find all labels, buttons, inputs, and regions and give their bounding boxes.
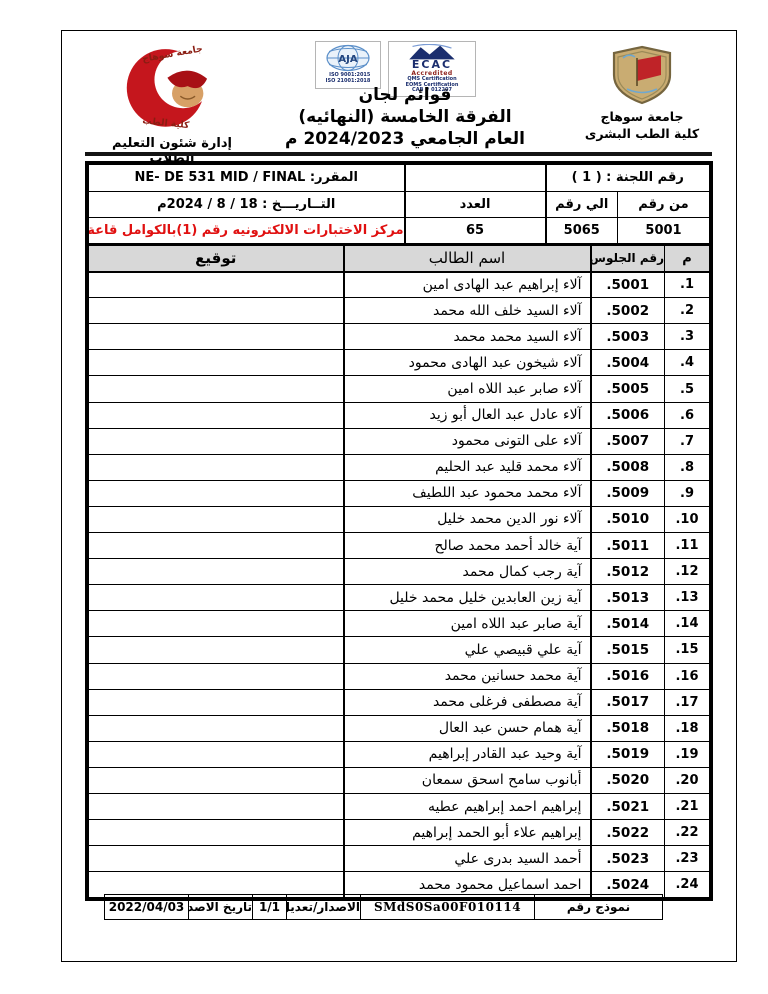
table-row: 2. 5002. آلاء السيد خلف الله محمد	[89, 298, 710, 324]
students-table: م رقم الجلوس اسم الطالب توقيع 1. 5001. آ…	[88, 245, 710, 898]
row-seat-number: 5015.	[591, 637, 665, 663]
row-student-name: آية مصطفى فرغلى محمد	[344, 689, 591, 715]
to-number-label: الي رقم	[546, 191, 618, 218]
table-row: 7. 5007. آلاء على التونى محمود	[89, 428, 710, 454]
table-row: 6. 5006. آلاء عادل عبد العال أبو زيد	[89, 402, 710, 428]
row-student-name: آلاء السيد محمد محمد	[344, 324, 591, 350]
table-row: 23. 5023. أحمد السيد بدرى علي	[89, 846, 710, 872]
row-student-name: أحمد السيد بدرى علي	[344, 846, 591, 872]
exam-center-note: مركز الاختبارات الالكترونيه رقم (1)بالكو…	[89, 218, 405, 245]
aja-accreditation-logo: AJA ISO 9001:2015 ISO 21001:2018	[315, 41, 381, 89]
row-index: 23.	[665, 846, 710, 872]
row-index: 15.	[665, 637, 710, 663]
crescent-icon: جامعة سوهاج كلية الطب	[112, 43, 232, 131]
row-signature-cell	[89, 324, 344, 350]
row-index: 2.	[665, 298, 710, 324]
row-seat-number: 5014.	[591, 611, 665, 637]
issue-date-label: تاريخ الاصدار	[189, 895, 253, 920]
table-row: 17. 5017. آية مصطفى فرغلى محمد	[89, 689, 710, 715]
row-student-name: آلاء السيد خلف الله محمد	[344, 298, 591, 324]
row-signature-cell	[89, 820, 344, 846]
table-row: 20. 5020. أبانوب سامح اسحق سمعان	[89, 767, 710, 793]
count-label: العدد	[405, 191, 546, 218]
exam-date: التــاريـــخ : 18 / 8 / 2024م	[89, 191, 405, 218]
row-seat-number: 5011.	[591, 533, 665, 559]
row-index: 9.	[665, 480, 710, 506]
row-index: 10.	[665, 506, 710, 532]
row-signature-cell	[89, 402, 344, 428]
row-seat-number: 5017.	[591, 689, 665, 715]
document-page: جامعة سوهاج كلية الطب إدارة شئون التعليم…	[61, 30, 737, 962]
row-index: 24.	[665, 872, 710, 898]
row-seat-number: 5006.	[591, 402, 665, 428]
row-student-name: آلاء محمد قليد عبد الحليم	[344, 454, 591, 480]
row-seat-number: 5013.	[591, 585, 665, 611]
row-seat-number: 5020.	[591, 767, 665, 793]
row-student-name: آلاء عادل عبد العال أبو زيد	[344, 402, 591, 428]
table-row: 5. 5005. آلاء صابر عبد اللاه امين	[89, 376, 710, 402]
row-student-name: إبراهيم علاء أبو الحمد إبراهيم	[344, 820, 591, 846]
row-student-name: آية رجب كمال محمد	[344, 559, 591, 585]
row-seat-number: 5003.	[591, 324, 665, 350]
row-index: 6.	[665, 402, 710, 428]
row-student-name: آلاء صابر عبد اللاه امين	[344, 376, 591, 402]
row-student-name: آلاء على التونى محمود	[344, 428, 591, 454]
form-number-label: نموذج رقم	[535, 895, 663, 920]
row-signature-cell	[89, 689, 344, 715]
row-seat-number: 5023.	[591, 846, 665, 872]
from-number-value: 5001	[618, 218, 710, 245]
row-seat-number: 5016.	[591, 663, 665, 689]
committee-table: رقم اللجنة : ( 1 ) المقرر: NE- DE 531 MI…	[85, 161, 713, 901]
row-student-name: آلاء شيخون عبد الهادى محمود	[344, 350, 591, 376]
form-footer: نموذج رقم SMdS0Sa00F010114 الاصدار/تعديل…	[104, 894, 663, 920]
row-index: 3.	[665, 324, 710, 350]
count-value: 65	[405, 218, 546, 245]
table-row: 13. 5013. آية زين العابدين خليل محمد خلي…	[89, 585, 710, 611]
university-logo: جامعة سوهاج كلية الطب البشرى	[567, 45, 717, 142]
row-student-name: آلاء محمد محمود عبد اللطيف	[344, 480, 591, 506]
row-signature-cell	[89, 767, 344, 793]
row-index: 7.	[665, 428, 710, 454]
title-line-2: الفرقة الخامسة (النهائيه)	[260, 106, 550, 128]
row-signature-cell	[89, 272, 344, 298]
row-index: 21.	[665, 793, 710, 819]
row-index: 19.	[665, 741, 710, 767]
row-signature-cell	[89, 793, 344, 819]
committee-info-block: رقم اللجنة : ( 1 ) المقرر: NE- DE 531 MI…	[88, 164, 710, 245]
row-student-name: آية صابر عبد اللاه امين	[344, 611, 591, 637]
row-signature-cell	[89, 559, 344, 585]
row-student-name: آية وحيد عبد القادر إبراهيم	[344, 741, 591, 767]
row-student-name: آية خالد أحمد محمد صالح	[344, 533, 591, 559]
table-row: 18. 5018. آية همام حسن عبد العال	[89, 715, 710, 741]
row-student-name: آية محمد حسانين محمد	[344, 663, 591, 689]
row-signature-cell	[89, 715, 344, 741]
row-student-name: آلاء نور الدين محمد خليل	[344, 506, 591, 532]
to-number-value: 5065	[546, 218, 618, 245]
table-row: 1. 5001. آلاء إبراهيم عبد الهادى امين	[89, 272, 710, 298]
faculty-name: كلية الطب البشرى	[567, 126, 717, 143]
table-row: 21. 5021. إبراهيم احمد إبراهيم عطيه	[89, 793, 710, 819]
from-number-label: من رقم	[618, 191, 710, 218]
row-index: 4.	[665, 350, 710, 376]
table-row: 15. 5015. آية علي قبيصي علي	[89, 637, 710, 663]
row-signature-cell	[89, 533, 344, 559]
row-signature-cell	[89, 428, 344, 454]
table-row: 19. 5019. آية وحيد عبد القادر إبراهيم	[89, 741, 710, 767]
row-signature-cell	[89, 350, 344, 376]
table-row: 10. 5010. آلاء نور الدين محمد خليل	[89, 506, 710, 532]
title-line-3: العام الجامعي 2024/2023 م	[260, 128, 550, 150]
issue-revision-label: الاصدار/تعديل	[287, 895, 361, 920]
row-signature-cell	[89, 611, 344, 637]
row-seat-number: 5007.	[591, 428, 665, 454]
row-seat-number: 5010.	[591, 506, 665, 532]
students-tbody: 1. 5001. آلاء إبراهيم عبد الهادى امين 2.…	[89, 272, 710, 898]
row-student-name: آية علي قبيصي علي	[344, 637, 591, 663]
column-header-seat: رقم الجلوس	[591, 246, 665, 272]
row-index: 11.	[665, 533, 710, 559]
row-index: 8.	[665, 454, 710, 480]
row-index: 12.	[665, 559, 710, 585]
row-seat-number: 5004.	[591, 350, 665, 376]
row-seat-number: 5002.	[591, 298, 665, 324]
row-seat-number: 5005.	[591, 376, 665, 402]
table-row: 9. 5009. آلاء محمد محمود عبد اللطيف	[89, 480, 710, 506]
row-seat-number: 5012.	[591, 559, 665, 585]
row-signature-cell	[89, 585, 344, 611]
faculty-crescent-logo: جامعة سوهاج كلية الطب إدارة شئون التعليم…	[92, 43, 252, 166]
university-shield-icon	[610, 45, 674, 105]
issue-date-value: 2022/04/03	[105, 895, 189, 920]
aja-name: AJA	[338, 54, 357, 65]
row-signature-cell	[89, 663, 344, 689]
row-student-name: أبانوب سامح اسحق سمعان	[344, 767, 591, 793]
row-student-name: آية زين العابدين خليل محمد خليل	[344, 585, 591, 611]
row-signature-cell	[89, 846, 344, 872]
row-signature-cell	[89, 741, 344, 767]
row-index: 17.	[665, 689, 710, 715]
table-header-row: م رقم الجلوس اسم الطالب توقيع	[89, 246, 710, 272]
row-student-name: آلاء إبراهيم عبد الهادى امين	[344, 272, 591, 298]
row-signature-cell	[89, 376, 344, 402]
row-signature-cell	[89, 298, 344, 324]
row-index: 18.	[665, 715, 710, 741]
course-code: المقرر: NE- DE 531 MID / FINAL	[89, 165, 405, 192]
table-row: 8. 5008. آلاء محمد قليد عبد الحليم	[89, 454, 710, 480]
university-name: جامعة سوهاج	[567, 109, 717, 126]
table-row: 11. 5011. آية خالد أحمد محمد صالح	[89, 533, 710, 559]
row-signature-cell	[89, 480, 344, 506]
column-header-name: اسم الطالب	[344, 246, 591, 272]
table-row: 16. 5016. آية محمد حسانين محمد	[89, 663, 710, 689]
table-row: 4. 5004. آلاء شيخون عبد الهادى محمود	[89, 350, 710, 376]
document-title: قوائم لجان الفرقة الخامسة (النهائيه) الع…	[260, 84, 550, 150]
row-student-name: آية همام حسن عبد العال	[344, 715, 591, 741]
table-row: 14. 5014. آية صابر عبد اللاه امين	[89, 611, 710, 637]
row-index: 16.	[665, 663, 710, 689]
table-row: 22. 5022. إبراهيم علاء أبو الحمد إبراهيم	[89, 820, 710, 846]
committee-number: رقم اللجنة : ( 1 )	[546, 165, 710, 192]
row-index: 1.	[665, 272, 710, 298]
row-index: 13.	[665, 585, 710, 611]
row-seat-number: 5001.	[591, 272, 665, 298]
row-seat-number: 5022.	[591, 820, 665, 846]
row-signature-cell	[89, 454, 344, 480]
row-seat-number: 5008.	[591, 454, 665, 480]
table-row: 12. 5012. آية رجب كمال محمد	[89, 559, 710, 585]
row-index: 20.	[665, 767, 710, 793]
header-divider	[85, 152, 712, 156]
table-row: 3. 5003. آلاء السيد محمد محمد	[89, 324, 710, 350]
row-index: 5.	[665, 376, 710, 402]
row-seat-number: 5021.	[591, 793, 665, 819]
row-signature-cell	[89, 506, 344, 532]
row-student-name: إبراهيم احمد إبراهيم عطيه	[344, 793, 591, 819]
aja-globe-icon: AJA	[325, 44, 371, 72]
row-seat-number: 5009.	[591, 480, 665, 506]
column-header-signature: توقيع	[89, 246, 344, 272]
ecac-name: ECAC	[412, 60, 452, 70]
title-line-1: قوائم لجان	[260, 84, 550, 106]
row-signature-cell	[89, 637, 344, 663]
form-code: SMdS0Sa00F010114	[361, 895, 535, 920]
row-seat-number: 5019.	[591, 741, 665, 767]
row-seat-number: 5018.	[591, 715, 665, 741]
empty-cell	[405, 165, 546, 192]
issue-revision-value: 1/1	[253, 895, 287, 920]
column-header-index: م	[665, 246, 710, 272]
row-index: 22.	[665, 820, 710, 846]
row-index: 14.	[665, 611, 710, 637]
